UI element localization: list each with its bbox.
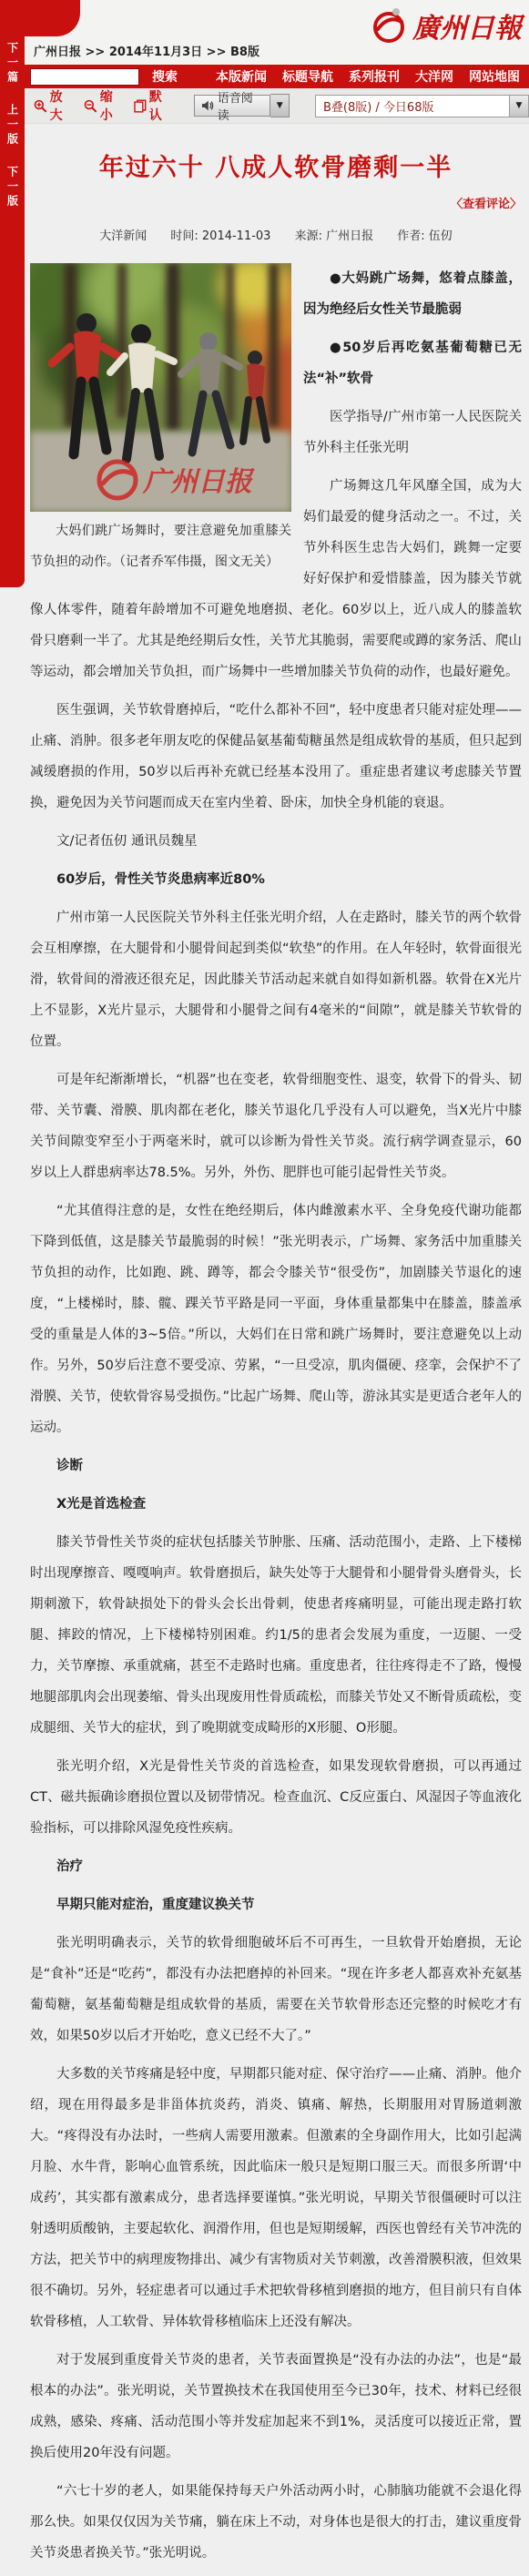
zoom-in-icon bbox=[34, 99, 47, 113]
paragraph-5-byline: 文/记者伍仞 通讯员魏星 bbox=[30, 826, 522, 857]
voice-read-button[interactable]: 语音阅读 bbox=[194, 95, 270, 117]
left-sidebar: 下一篇上一版下一版 bbox=[0, 0, 25, 587]
paragraph-17-normal: 大多数的关节疼痛是轻中度，早期都只能对症、保守治疗——止痛、消肿。他介绍，现在用… bbox=[30, 2059, 522, 2337]
article-photo: 广州日报 bbox=[30, 263, 291, 512]
sidebar-tab-2[interactable]: 下一版 bbox=[7, 166, 18, 209]
view-comments-link[interactable]: 〈查看评论〉 bbox=[30, 194, 522, 211]
paragraph-18-normal: 对于发展到重度骨关节炎的患者，关节表面置换是“没有办法的办法”，也是“最根本的办… bbox=[30, 2345, 522, 2469]
edition-select-value: B叠(8版) / 今日68版 bbox=[316, 97, 509, 115]
default-size-button[interactable]: 默认 bbox=[134, 87, 174, 124]
nav-link-2[interactable]: 系列报刊 bbox=[349, 67, 400, 86]
paragraph-6-subhead: 60岁后，骨性关节炎患病率近80% bbox=[30, 864, 522, 895]
page-header: 广州日报 >> 2014年11月3日 >> B8版 廣州日報 bbox=[25, 0, 529, 65]
nav-link-4[interactable]: 网站地图 bbox=[469, 67, 520, 86]
speaker-icon bbox=[201, 99, 214, 112]
zoom-out-icon bbox=[84, 99, 97, 113]
paragraph-12-normal: 膝关节骨性关节炎的症状包括膝关节肿胀、压痛、活动范围小，走路、上下楼梯时出现摩擦… bbox=[30, 1527, 522, 1744]
default-size-label: 默认 bbox=[149, 87, 174, 124]
meta-time: 时间: 2014-11-03 bbox=[170, 229, 270, 243]
nav-link-0[interactable]: 本版新闻 bbox=[216, 67, 267, 86]
paragraph-13-normal: 张光明介绍，X光是骨性关节炎的首选检查，如果发现软骨磨损，可以再通过CT、磁共振… bbox=[30, 1751, 522, 1844]
newspaper-logo: 廣州日報 bbox=[369, 5, 522, 46]
paragraph-8-normal: 可是年纪渐渐增长，“机器”也在变老，软骨细胞变性、退变，软骨下的骨头、韧带、关节… bbox=[30, 1064, 522, 1188]
default-size-icon bbox=[134, 99, 147, 113]
voice-read-dropdown-arrow-icon[interactable]: ▼ bbox=[270, 94, 290, 117]
paragraph-16-normal: 张光明明确表示，关节的软骨细胞破坏后不可再生，一旦软骨开始磨损，无论是“食补”还… bbox=[30, 1928, 522, 2052]
photo-block: 广州日报 大妈们跳广场舞时，要注意避免加重膝关节负担的动作。（记者乔军伟摄，图文… bbox=[30, 263, 291, 591]
sidebar-tabs: 下一篇上一版下一版 bbox=[0, 42, 25, 209]
zoom-in-button[interactable]: 放大 bbox=[34, 87, 75, 124]
meta-source-site: 大洋新闻 bbox=[99, 229, 147, 243]
article-meta: 大洋新闻 时间: 2014-11-03 来源: 广州日报 作者: 伍仞 bbox=[30, 226, 522, 243]
search-input[interactable] bbox=[30, 68, 139, 86]
logo-text: 廣州日報 bbox=[412, 5, 522, 46]
voice-read-label: 语音阅读 bbox=[218, 88, 264, 123]
nav-link-1[interactable]: 标题导航 bbox=[282, 67, 333, 86]
photo-watermark: 广州日报 bbox=[142, 466, 255, 498]
zoom-out-button[interactable]: 缩小 bbox=[84, 87, 125, 124]
nav-links: 本版新闻标题导航系列报刊大洋网网站地图 bbox=[216, 67, 520, 86]
zoom-in-label: 放大 bbox=[50, 87, 75, 124]
article-body-paragraphs: ●大妈跳广场舞，悠着点膝盖，因为绝经后女性关节最脆弱●50岁后再吃氨基葡萄糖已无… bbox=[30, 263, 522, 2569]
paragraph-10-section: 诊断 bbox=[30, 1451, 522, 1481]
paragraph-19-normal: “六七十岁的老人，如果能保持每天户外活动两小时，心肺脑功能就不会退化得那么快。如… bbox=[30, 2476, 522, 2569]
logo-emblem-icon bbox=[369, 5, 409, 46]
paragraph-9-normal: “尤其值得注意的是，女性在绝经期后，体内雌激素水平、全身免疫代谢功能都下降到低值… bbox=[30, 1196, 522, 1443]
meta-source: 来源: 广州日报 bbox=[295, 229, 374, 243]
zoom-out-label: 缩小 bbox=[100, 87, 125, 124]
sidebar-tab-0[interactable]: 下一篇 bbox=[7, 42, 18, 86]
paragraph-4-normal: 医生强调，关节软骨磨掉后，“吃什么都补不回”，轻中度患者只能对症处理——止痛、消… bbox=[30, 695, 522, 819]
meta-author: 作者: 伍仞 bbox=[397, 229, 453, 243]
paragraph-11-subhead: X光是首选检查 bbox=[30, 1489, 522, 1520]
toolbar: 放大 缩小 默认 语音阅读 bbox=[25, 88, 529, 124]
paragraph-14-section: 治疗 bbox=[30, 1851, 522, 1882]
paragraph-15-subhead: 早期只能对症治，重度建议换关节 bbox=[30, 1889, 522, 1920]
article-title: 年过六十 八成人软骨磨剩一半 bbox=[30, 148, 522, 183]
nav-link-3[interactable]: 大洋网 bbox=[415, 67, 453, 86]
edition-select[interactable]: B叠(8版) / 今日68版 ▼ bbox=[315, 95, 529, 117]
paragraph-7-normal: 广州市第一人民医院关节外科主任张光明介绍，人在走路时，膝关节的两个软骨会互相摩擦… bbox=[30, 902, 522, 1057]
article: 年过六十 八成人软骨磨剩一半 〈查看评论〉 大洋新闻 时间: 2014-11-0… bbox=[30, 148, 522, 2569]
edition-select-arrow-icon: ▼ bbox=[509, 96, 528, 117]
photo-caption: 大妈们跳广场舞时，要注意避免加重膝关节负担的动作。（记者乔军伟摄，图文无关） bbox=[30, 515, 291, 578]
top-navbar: 搜索 本版新闻标题导航系列报刊大洋网网站地图 bbox=[25, 65, 529, 88]
breadcrumb[interactable]: 广州日报 >> 2014年11月3日 >> B8版 bbox=[34, 42, 259, 59]
article-body: 广州日报 大妈们跳广场舞时，要注意避免加重膝关节负担的动作。（记者乔军伟摄，图文… bbox=[30, 263, 522, 2569]
voice-read-control: 语音阅读 ▼ bbox=[194, 94, 290, 117]
sidebar-tab-1[interactable]: 上一版 bbox=[7, 104, 18, 148]
page: 广州日报 >> 2014年11月3日 >> B8版 廣州日報 下一篇上一版下一版… bbox=[0, 0, 529, 2576]
search-button[interactable]: 搜索 bbox=[152, 67, 178, 86]
